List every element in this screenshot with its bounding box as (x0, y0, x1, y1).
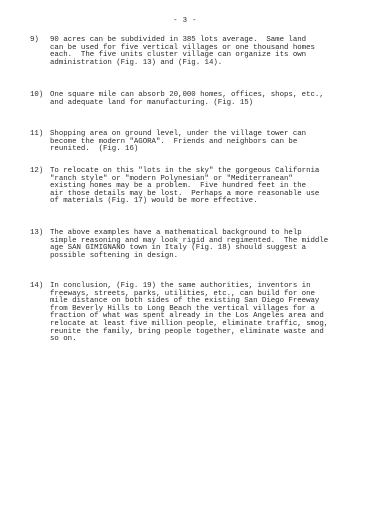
item-text: Shopping area on ground level, under the… (50, 131, 306, 154)
text-line: reunited. (Fig. 16) (50, 146, 306, 154)
text-line: administration (Fig. 13) and (Fig. 14). (50, 60, 315, 68)
item-number: 11) (30, 131, 43, 139)
item-text: To relocate on this "lots in the sky" th… (50, 168, 319, 206)
text-line: and adequate land for manufacturing. (Fi… (50, 100, 324, 108)
item-number: 12) (30, 168, 43, 176)
item-text: The above examples have a mathematical b… (50, 230, 328, 260)
item-number: 10) (30, 92, 43, 100)
text-line: of materials (Fig. 17) would be more eff… (50, 198, 319, 206)
item-text: In conclusion, (Fig. 19) the same author… (50, 283, 328, 344)
text-line: so on. (50, 336, 328, 344)
text-line: possible softening in design. (50, 253, 328, 261)
item-number: 9) (30, 37, 39, 45)
item-number: 14) (30, 283, 43, 291)
item-number: 13) (30, 230, 43, 238)
page-number: - 3 - (0, 17, 370, 25)
item-text: 90 acres can be subdivided in 385 lots a… (50, 37, 315, 67)
text-line: reunite the family, bring people togethe… (50, 329, 328, 337)
item-text: One square mile can absorb 20,000 homes,… (50, 92, 324, 107)
